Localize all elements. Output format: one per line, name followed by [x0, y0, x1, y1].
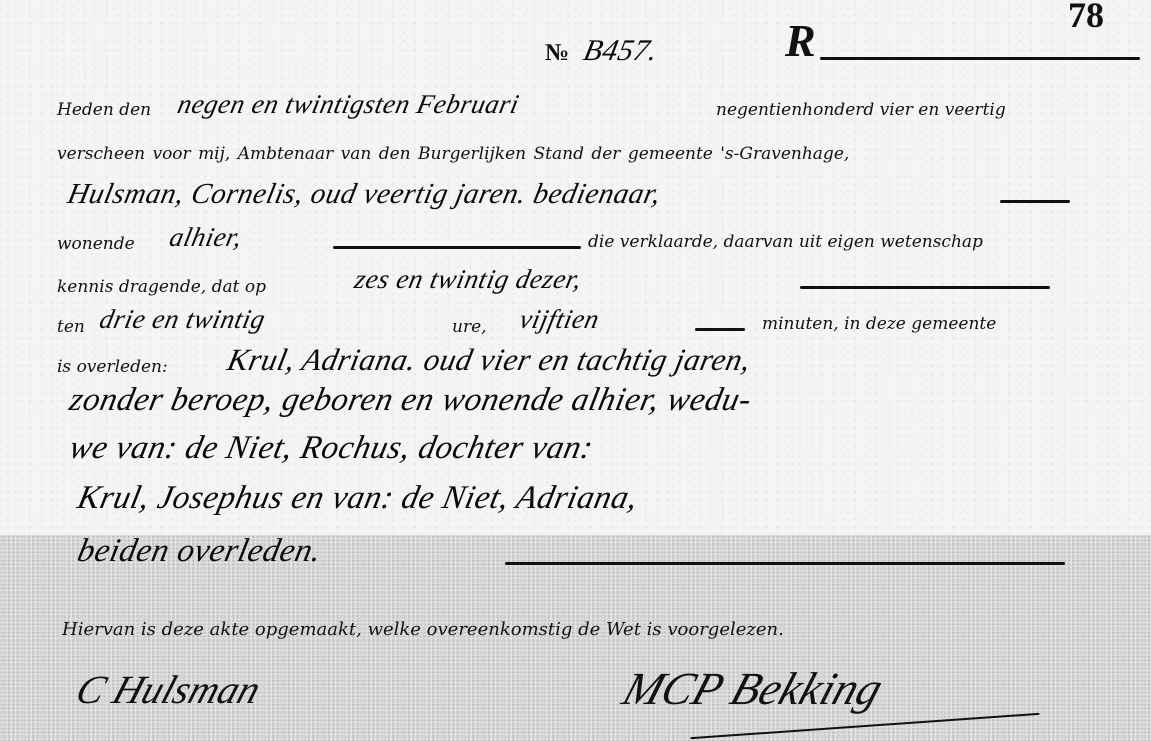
fill-rule [1000, 200, 1070, 203]
handwritten-line-9: we van: de Niet, Rochus, dochter van: [66, 430, 596, 467]
page-number: 78 [1068, 0, 1104, 36]
handwritten-minutes: vijftien [517, 304, 603, 335]
fill-rule [333, 246, 581, 249]
record-number: B457. [580, 34, 661, 68]
handwritten-date: negen en twintigsten Februari [175, 89, 522, 120]
fill-rule [800, 286, 1050, 289]
handwritten-declarant: Hulsman, Cornelis, oud veertig jaren. be… [64, 178, 663, 211]
printed-ten: ten [57, 317, 85, 337]
register-letter: R [785, 14, 816, 67]
printed-year: negentienhonderd vier en veertig [716, 100, 1006, 120]
handwritten-hour: drie en twintig [97, 304, 269, 335]
signature-registrar: MCP Bekking [616, 662, 889, 715]
handwritten-line-8: zonder beroep, geboren en wonende alhier… [66, 382, 755, 419]
printed-declaration: die verklaarde, daarvan uit eigen wetens… [588, 232, 983, 252]
printed-wonende: wonende [57, 234, 135, 254]
signature-declarant: C Hulsman [70, 666, 266, 713]
printed-is-overleden: is overleden: [57, 357, 168, 377]
handwritten-line-11: beiden overleden. [74, 533, 325, 570]
printed-appearance-line: verscheen voor mij, Ambtenaar van den Bu… [57, 144, 849, 164]
civil-registry-death-record: 78 № B457. R Heden den negen en twintigs… [0, 0, 1151, 741]
handwritten-death-date: zes en twintig dezer, [352, 264, 585, 295]
header-rule [820, 57, 1140, 60]
printed-minuten: minuten, in deze gemeente [762, 314, 996, 334]
fill-rule [695, 328, 745, 331]
printed-ure: ure, [452, 317, 487, 337]
handwritten-deceased: Krul, Adriana. oud vier en tachtig jaren… [224, 342, 754, 378]
closing-rule [505, 562, 1065, 565]
printed-closing-statement: Hiervan is deze akte opgemaakt, welke ov… [62, 619, 784, 640]
handwritten-residence: alhier, [167, 222, 245, 253]
record-number-prefix: № [545, 40, 569, 67]
printed-heden-den: Heden den [57, 100, 151, 120]
handwritten-line-10: Krul, Josephus en van: de Niet, Adriana, [74, 480, 641, 517]
printed-kennis-dragende: kennis dragende, dat op [57, 277, 266, 297]
